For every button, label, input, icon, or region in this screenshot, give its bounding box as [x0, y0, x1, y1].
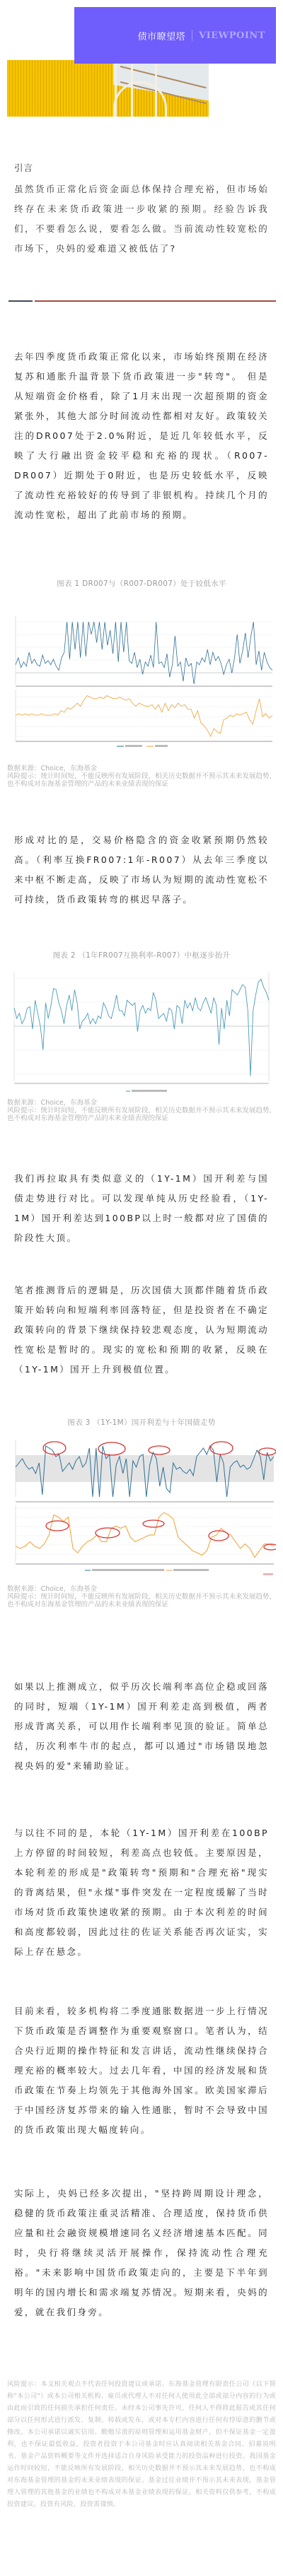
figure-1-title: 图表 1 DR007与（R007-DR007）处于较低水平: [0, 578, 283, 589]
disclaimer: 风险提示：本文相关观点不代表任何投资建议或承诺。东海基金管理有限责任公司（以下简…: [7, 2378, 276, 2510]
figure-2-source: 数据来源：Choice，东海基金 风险提示：统计时间短，不能反映所有发展阶段，相…: [7, 1099, 276, 1122]
figure-2-title: 图表 2 （1年FR007互换利率-R007）中枢逐步抬升: [0, 950, 283, 960]
risk-text: 风险提示：统计时间短，不能反映所有发展阶段，相关历史数据并不预示其未来发展趋势，…: [7, 1593, 276, 1608]
paragraph-7: 目前来看，较多机构将二季度通胀数据进一步上行情况下货币政策是否调整作为重要观察窗…: [14, 2001, 269, 2140]
paragraph-5: 如果以上推测成立，似乎历次长端利率高位企稳或回落的同时，短端（1Y-1M）国开利…: [14, 1677, 269, 1776]
highlight-circles-lower: [46, 1520, 276, 1550]
hero-header: 债市瞭望塔 VIEWPOINT: [0, 0, 283, 127]
column-banner: 债市瞭望塔 VIEWPOINT: [74, 7, 276, 64]
paragraph-6: 与以往不同的是，本轮（1Y-1M）国开利差在100BP上方停留的时间较短，利差高…: [14, 1823, 269, 1962]
figure-2-chart: [7, 970, 276, 1097]
figure-3-chart: [7, 1435, 276, 1576]
paragraph-4: 笔者推测背后的逻辑是，历次国债大顶都伴随着货币政策开始转向和短端利率回落特征，但…: [14, 1281, 269, 1380]
intro-label: 引言: [14, 161, 269, 174]
risk-text: 风险提示：统计时间短，不能反映所有发展阶段，相关历史数据并不预示其未来发展趋势，…: [7, 1107, 276, 1122]
figure-1-legend: [117, 745, 168, 747]
column-title: 债市瞭望塔: [138, 29, 186, 42]
banner-separator: [192, 30, 192, 41]
figure-1-chart: [7, 613, 276, 748]
risk-text: 风险提示：统计时间短，不能反映所有发展阶段，相关历史数据并不预示其未来发展趋势，…: [7, 772, 276, 788]
paragraph-2: 形成对比的是，交易价格隐含的资金收紧预期仍然较高。（利率互换FR007:1年-R…: [14, 830, 269, 910]
intro-text: 虽然货币正常化后资金面总体保持合理充裕，但市场始终存在未来货币政策进一步收紧的预…: [14, 180, 269, 259]
column-subtitle: VIEWPOINT: [199, 30, 265, 41]
source-text: 数据来源：Choice，东海基金: [7, 765, 276, 772]
source-text: 数据来源：Choice，东海基金: [7, 1585, 276, 1593]
hero-image: [7, 60, 209, 117]
source-text: 数据来源：Choice，东海基金: [7, 1099, 276, 1107]
section-divider: [8, 300, 276, 302]
highlight-circles-upper: [43, 1442, 276, 1455]
figure-1-source: 数据来源：Choice，东海基金 风险提示：统计时间短，不能反映所有发展阶段，相…: [7, 765, 276, 788]
figure-3-source: 数据来源：Choice，东海基金 风险提示：统计时间短，不能反映所有发展阶段，相…: [7, 1585, 276, 1608]
paragraph-3: 我们再拉取具有类似意义的（1Y-1M）国开利差与国债走势进行对比。可以发现单纯从…: [14, 1169, 269, 1248]
figure-3-title: 图表 3 （1Y-1M）国开利差与十年国债走势: [0, 1417, 283, 1428]
intro-section: 引言 虽然货币正常化后资金面总体保持合理充裕，但市场始终存在未来货币政策进一步收…: [14, 161, 269, 259]
paragraph-1: 去年四季度货币政策正常化以来，市场始终预期在经济复苏和通胀升温背景下货币政策进一…: [14, 347, 269, 525]
paragraph-8: 实际上，央妈已经多次提出，"坚持跨周期设计理念，稳健的货币政策注重灵活精准、合理…: [14, 2184, 269, 2322]
